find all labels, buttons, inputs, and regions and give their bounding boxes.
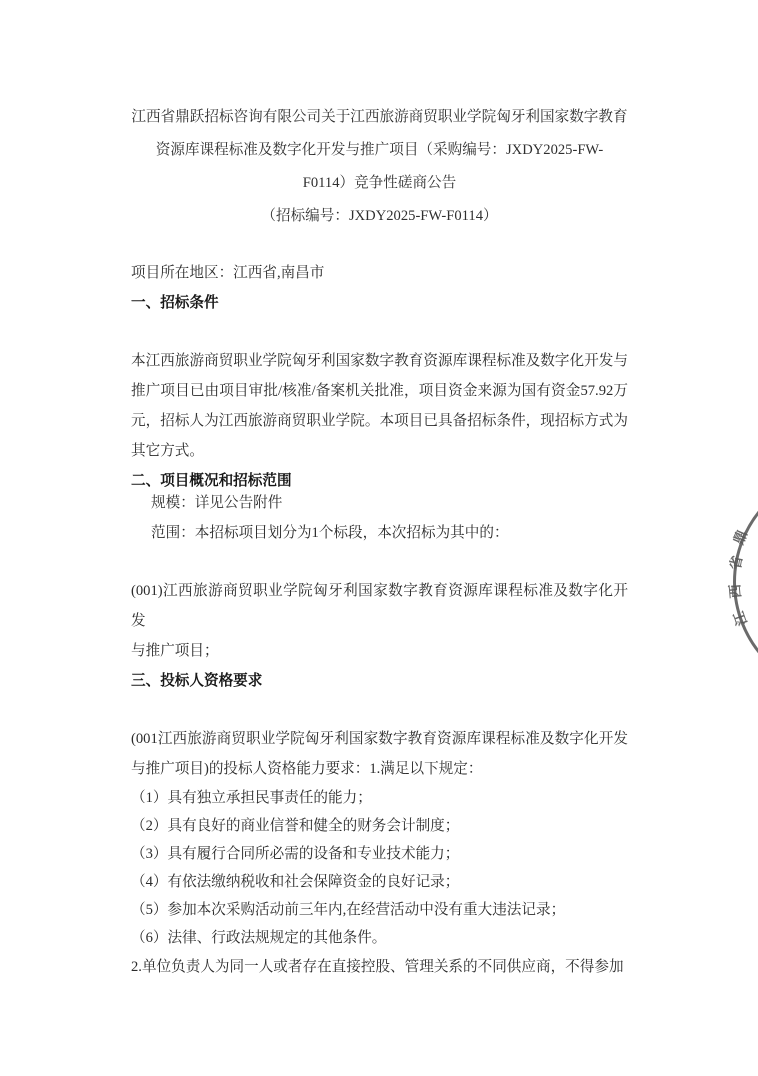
paragraph-line: 元，招标人为江西旅游商贸职业学院。本项目已具备招标条件，现招标方式为 xyxy=(131,406,628,436)
title-line: 资源库课程标准及数字化开发与推广项目（采购编号：JXDY2025-FW- xyxy=(131,134,628,167)
paragraph-line: 本江西旅游商贸职业学院匈牙利国家数字教育资源库课程标准及数字化开发与 xyxy=(131,346,628,376)
list-item: （3）具有履行合同所必需的设备和专业技术能力； xyxy=(131,840,628,868)
official-seal-icon xyxy=(733,468,758,696)
note-line: 2.单位负责人为同一人或者存在直接控股、管理关系的不同供应商，不得参加 xyxy=(131,952,628,982)
document-page: { "document": { "title_lines": [ "江西省鼎跃招… xyxy=(0,0,758,1076)
section1-paragraph: 本江西旅游商贸职业学院匈牙利国家数字教育资源库课程标准及数字化开发与 推广项目已… xyxy=(131,346,628,466)
section3-heading: 三、投标人资格要求 xyxy=(131,666,628,696)
qualification-intro: (001江西旅游商贸职业学院匈牙利国家数字教育资源库课程标准及数字化开发 与推广… xyxy=(131,724,628,784)
paragraph-line: 推广项目已由项目审批/核准/备案机关批准，项目资金来源为国有资金57.92万 xyxy=(131,376,628,406)
announcement-document: 江西省鼎跃招标咨询有限公司关于江西旅游商贸职业学院匈牙利国家数字教育 资源库课程… xyxy=(131,0,628,982)
lot-paragraph: (001)江西旅游商贸职业学院匈牙利国家数字教育资源库课程标准及数字化开发 与推… xyxy=(131,576,628,666)
paragraph-line: 其它方式。 xyxy=(131,436,628,466)
scope-line: 范围：本招标项目划分为1个标段，本次招标为其中的： xyxy=(131,518,628,548)
title-line: 江西省鼎跃招标咨询有限公司关于江西旅游商贸职业学院匈牙利国家数字教育 xyxy=(131,101,628,134)
list-item: （2）具有良好的商业信誉和健全的财务会计制度； xyxy=(131,812,628,840)
list-item: （5）参加本次采购活动前三年内,在经营活动中没有重大违法记录； xyxy=(131,896,628,924)
paragraph-line: (001)江西旅游商贸职业学院匈牙利国家数字教育资源库课程标准及数字化开发 xyxy=(131,576,628,636)
section1-heading: 一、招标条件 xyxy=(131,288,628,318)
qualification-items: （1）具有独立承担民事责任的能力； （2）具有良好的商业信誉和健全的财务会计制度… xyxy=(131,784,628,952)
list-item: （6）法律、行政法规规定的其他条件。 xyxy=(131,924,628,952)
scale-line: 规模：详见公告附件 xyxy=(131,488,628,518)
list-item: （4）有依法缴纳税收和社会保障资金的良好记录； xyxy=(131,868,628,896)
paragraph-line: 与推广项目； xyxy=(131,636,628,666)
seal-character: 西 xyxy=(729,583,744,598)
project-location-line: 项目所在地区：江西省,南昌市 xyxy=(131,258,628,288)
title-line: （招标编号：JXDY2025-FW-F0114） xyxy=(131,200,628,233)
seal-character: 省 xyxy=(730,555,746,571)
list-item: （1）具有独立承担民事责任的能力； xyxy=(131,784,628,812)
document-title: 江西省鼎跃招标咨询有限公司关于江西旅游商贸职业学院匈牙利国家数字教育 资源库课程… xyxy=(131,101,628,233)
paragraph-line: 与推广项目)的投标人资格能力要求：1.满足以下规定： xyxy=(131,754,628,784)
paragraph-line: (001江西旅游商贸职业学院匈牙利国家数字教育资源库课程标准及数字化开发 xyxy=(131,724,628,754)
title-line: F0114）竞争性磋商公告 xyxy=(131,167,628,200)
